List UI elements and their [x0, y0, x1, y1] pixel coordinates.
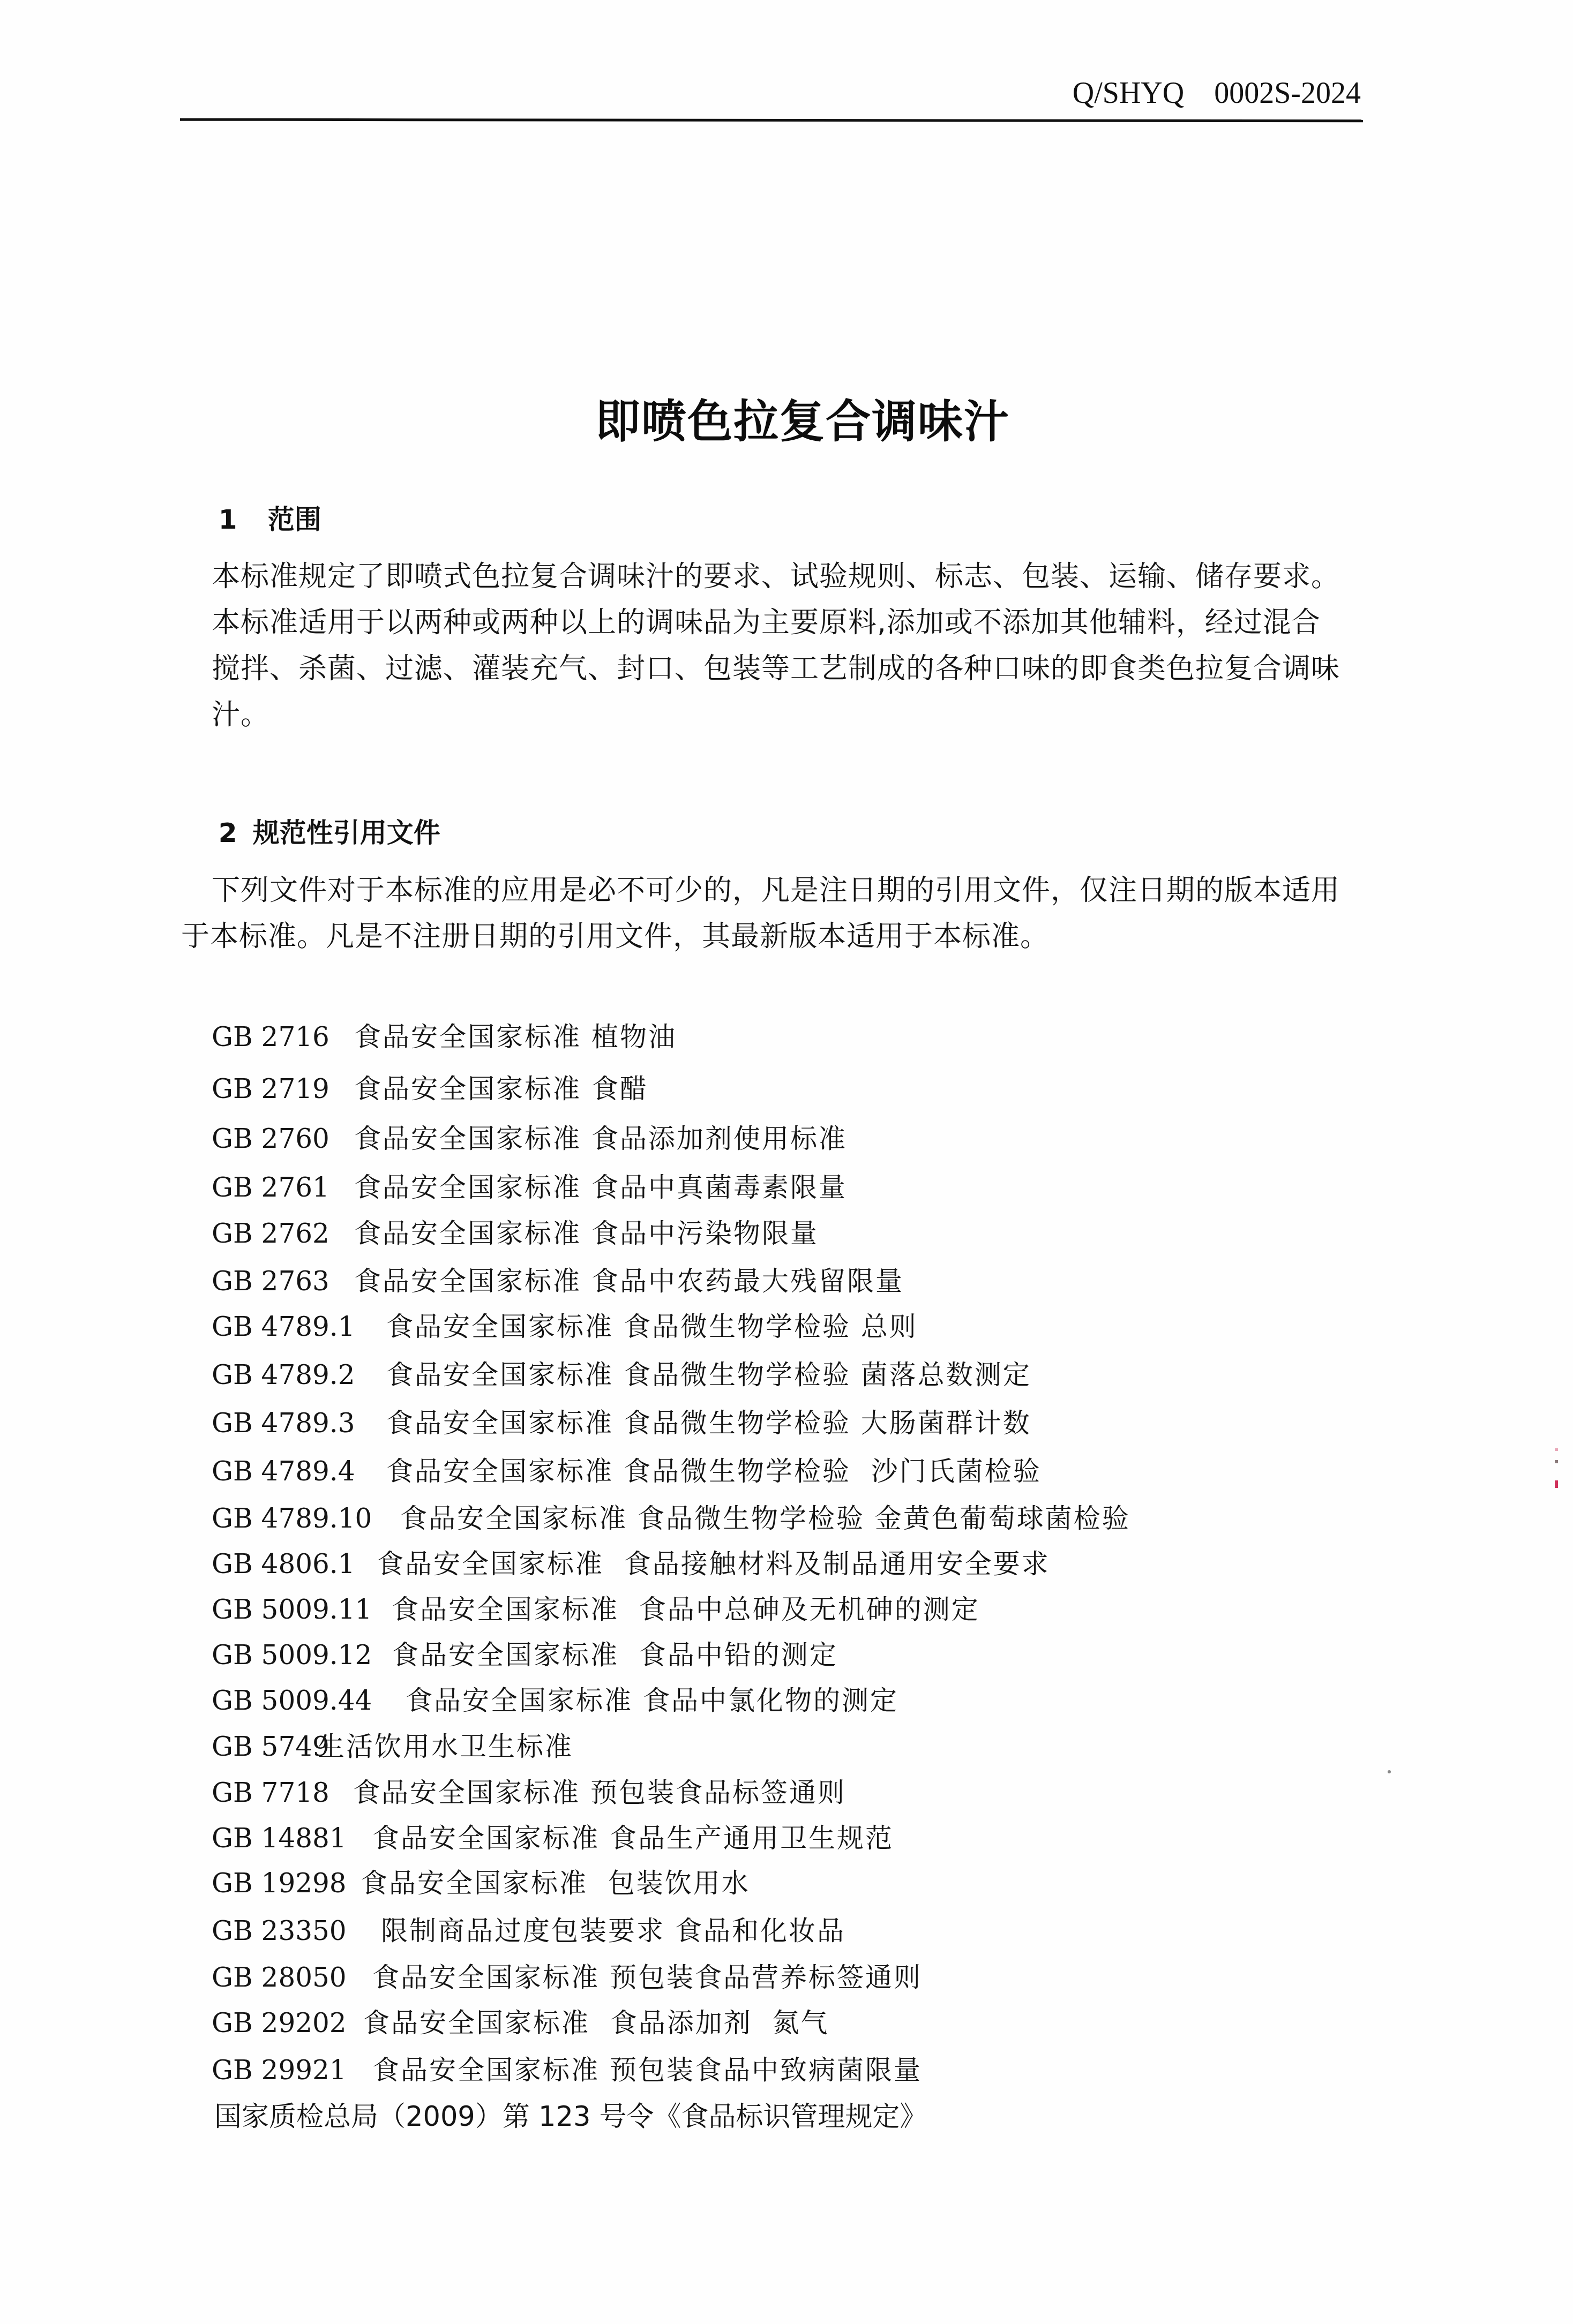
reference-title: 食品安全国家标准 预包装食品标签通则	[353, 1771, 846, 1810]
reference-title: 食品安全国家标准 食品生产通用卫生规范	[372, 1817, 894, 1855]
reference-code: GB 2763	[212, 1266, 354, 1297]
reference-code: GB 2716	[212, 1021, 354, 1052]
paragraph-line: 搅拌、杀菌、过滤、灌装充气、封口、包装等工艺制成的各种口味的即食类色拉复合调味	[212, 646, 1340, 687]
reference-code: GB 14881	[212, 1823, 372, 1854]
reference-code: GB 4806.1	[212, 1548, 377, 1580]
scan-mark	[1555, 1480, 1558, 1488]
reference-item: GB 29202食品安全国家标准 食品添加剂 氮气	[212, 2002, 829, 2040]
reference-code: GB 4789.3	[212, 1408, 386, 1439]
reference-title: 食品安全国家标准 食品添加剂使用标准	[354, 1117, 847, 1156]
section-number: 1	[219, 504, 268, 535]
reference-item: GB 5749生活饮用水卫生标准	[212, 1725, 573, 1764]
reference-title: 食品安全国家标准 食品中氯化物的测定	[406, 1679, 898, 1718]
scan-mark	[1555, 1448, 1558, 1451]
reference-code: GB 19298	[212, 1868, 361, 1899]
reference-code: GB 2761	[212, 1172, 354, 1203]
paragraph-line: 于本标准。凡是不注册日期的引用文件，其最新版本适用于本标准。	[181, 914, 1049, 954]
reference-code: GB 4789.4	[212, 1456, 386, 1487]
reference-item: GB 29921食品安全国家标准 预包装食品中致病菌限量	[212, 2049, 922, 2087]
scan-speck	[1388, 1770, 1391, 1773]
regulation-reference: 国家质检总局（2009）第 123 号令《食品标识管理规定》	[214, 2094, 927, 2134]
reference-code: GB 23350	[212, 1915, 381, 1946]
reference-title: 限制商品过度包装要求 食品和化妆品	[381, 1909, 845, 1948]
reference-code: GB 4789.1	[212, 1311, 386, 1342]
reference-item: GB 4806.1食品安全国家标准 食品接触材料及制品通用安全要求	[212, 1543, 1050, 1581]
reference-title: 食品安全国家标准 食品微生物学检验 总则	[386, 1305, 918, 1344]
reference-code: GB 4789.2	[212, 1359, 386, 1390]
reference-title: 食品安全国家标准 预包装食品营养标签通则	[372, 1956, 922, 1995]
section-heading-scope: 1范围	[181, 467, 321, 568]
page-title: 即喷色拉复合调味汁	[0, 386, 1573, 450]
reference-title: 食品安全国家标准 食品微生物学检验 大肠菌群计数	[386, 1402, 1031, 1440]
reference-item: GB 2716食品安全国家标准 植物油	[212, 1016, 677, 1054]
reference-code: GB 5009.11	[212, 1594, 392, 1625]
paragraph-line: 本标准规定了即喷式色拉复合调味汁的要求、试验规则、标志、包装、运输、储存要求。	[212, 554, 1340, 595]
reference-title: 食品安全国家标准 食品中铅的测定	[392, 1634, 838, 1672]
reference-code: GB 2719	[212, 1073, 354, 1104]
reference-title: 食品安全国家标准 食品中真菌毒素限量	[354, 1166, 847, 1205]
reference-code: GB 5009.44	[212, 1685, 406, 1716]
reference-item: GB 4789.10食品安全国家标准 食品微生物学检验 金黄色葡萄球菌检验	[212, 1497, 1130, 1536]
paragraph-line: 本标准适用于以两种或两种以上的调味品为主要原料,添加或不添加其他辅料，经过混合	[212, 600, 1321, 641]
reference-item: GB 2763食品安全国家标准 食品中农药最大残留限量	[212, 1260, 904, 1298]
reference-title: 食品安全国家标准 食品微生物学检验 金黄色葡萄球菌检验	[400, 1497, 1130, 1536]
reference-item: GB 4789.3食品安全国家标准 食品微生物学检验 大肠菌群计数	[212, 1402, 1031, 1440]
reference-item: GB 2719食品安全国家标准 食醋	[212, 1067, 648, 1106]
reference-item: GB 4789.2食品安全国家标准 食品微生物学检验 菌落总数测定	[212, 1353, 1031, 1392]
paragraph-line: 下列文件对于本标准的应用是必不可少的，凡是注日期的引用文件，仅注日期的版本适用	[212, 868, 1340, 908]
reference-code: GB 28050	[212, 1962, 372, 1993]
reference-code: GB 4789.10	[212, 1503, 400, 1534]
section-title: 范围	[268, 504, 321, 535]
reference-item: GB 23350限制商品过度包装要求 食品和化妆品	[212, 1909, 845, 1948]
reference-item: GB 28050食品安全国家标准 预包装食品营养标签通则	[212, 1956, 922, 1995]
reference-code: GB 29202	[212, 2007, 363, 2039]
reference-title: 食品安全国家标准 食品添加剂 氮气	[363, 2002, 829, 2040]
reference-item: GB 4789.4食品安全国家标准 食品微生物学检验 沙门氏菌检验	[212, 1450, 1042, 1488]
reference-item: GB 5009.12食品安全国家标准 食品中铅的测定	[212, 1634, 838, 1672]
reference-title: 食品安全国家标准 预包装食品中致病菌限量	[372, 2049, 922, 2087]
reference-title: 生活饮用水卫生标准	[318, 1725, 573, 1764]
standard-code: Q/SHYQ 0002S-2024	[1073, 76, 1361, 110]
reference-item: GB 5009.44食品安全国家标准 食品中氯化物的测定	[212, 1679, 898, 1718]
reference-code: GB 5749	[212, 1731, 318, 1762]
reference-title: 食品安全国家标准 食醋	[354, 1067, 648, 1106]
section-heading-normative-references: 2规范性引用文件	[181, 780, 440, 881]
section-title: 规范性引用文件	[253, 817, 440, 848]
section-number: 2	[219, 817, 253, 848]
paragraph-line: 汁。	[212, 692, 269, 733]
reference-title: 食品安全国家标准 植物油	[354, 1016, 677, 1054]
reference-title: 食品安全国家标准 食品微生物学检验 菌落总数测定	[386, 1353, 1031, 1392]
reference-item: GB 19298食品安全国家标准 包装饮用水	[212, 1862, 750, 1900]
reference-code: GB 7718	[212, 1777, 353, 1808]
reference-code: GB 2760	[212, 1123, 354, 1154]
reference-title: 食品安全国家标准 食品微生物学检验 沙门氏菌检验	[386, 1450, 1042, 1488]
reference-title: 食品安全国家标准 食品中污染物限量	[354, 1212, 819, 1251]
reference-code: GB 29921	[212, 2055, 372, 2086]
reference-item: GB 14881食品安全国家标准 食品生产通用卫生规范	[212, 1817, 894, 1855]
document-page: Q/SHYQ 0002S-2024 即喷色拉复合调味汁 1范围 本标准规定了即喷…	[0, 0, 1573, 2324]
reference-title: 食品安全国家标准 包装饮用水	[361, 1862, 750, 1900]
reference-item: GB 5009.11食品安全国家标准 食品中总砷及无机砷的测定	[212, 1588, 980, 1627]
reference-item: GB 4789.1食品安全国家标准 食品微生物学检验 总则	[212, 1305, 918, 1344]
header-rule	[180, 118, 1363, 123]
reference-item: GB 2760食品安全国家标准 食品添加剂使用标准	[212, 1117, 847, 1156]
reference-item: GB 7718食品安全国家标准 预包装食品标签通则	[212, 1771, 846, 1810]
reference-item: GB 2761食品安全国家标准 食品中真菌毒素限量	[212, 1166, 847, 1205]
scan-mark	[1555, 1460, 1558, 1463]
reference-title: 食品安全国家标准 食品中总砷及无机砷的测定	[392, 1588, 980, 1627]
reference-code: GB 2762	[212, 1218, 354, 1249]
reference-item: GB 2762食品安全国家标准 食品中污染物限量	[212, 1212, 819, 1251]
reference-title: 食品安全国家标准 食品中农药最大残留限量	[354, 1260, 904, 1298]
reference-code: GB 5009.12	[212, 1639, 392, 1671]
reference-title: 食品安全国家标准 食品接触材料及制品通用安全要求	[377, 1543, 1050, 1581]
